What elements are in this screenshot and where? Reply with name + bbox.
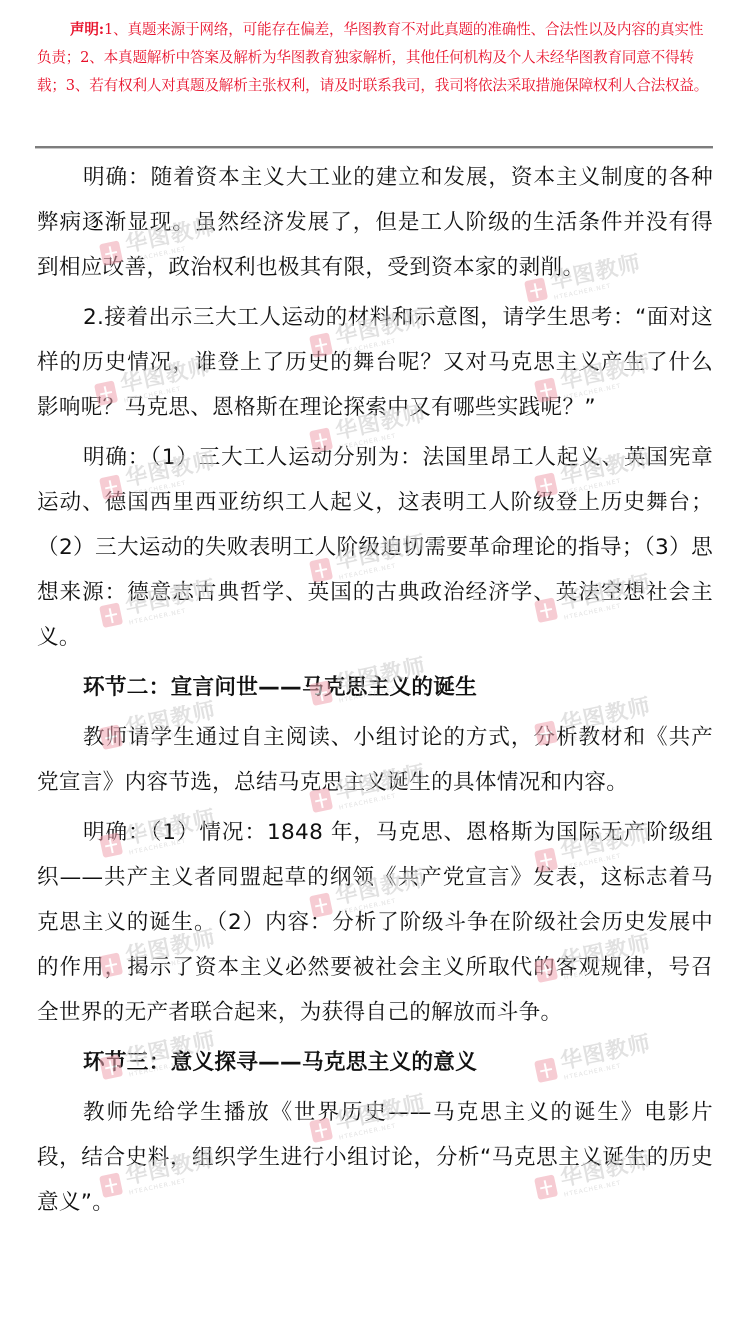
disclaimer-lead: 声明: [70,21,104,38]
header-divider [35,146,713,149]
paragraph-clarification-2: 明确：（1）三大工人运动分别为：法国里昂工人起义、英国宪章运动、德国西里西亚纺织… [37,435,713,660]
section-heading-2: 环节二：宣言问世——马克思主义的诞生 [37,665,713,710]
paragraph-teacher-activity-1: 教师请学生通过自主阅读、小组讨论的方式，分析教材和《共产党宣言》内容节选，总结马… [37,715,713,805]
document-body: 明确：随着资本主义大工业的建立和发展，资本主义制度的各种弊病逐渐显现。虽然经济发… [37,155,713,1230]
paragraph-clarification-1: 明确：随着资本主义大工业的建立和发展，资本主义制度的各种弊病逐渐显现。虽然经济发… [37,155,713,290]
paragraph-teacher-activity-2: 教师先给学生播放《世界历史——马克思主义的诞生》电影片段，结合史料，组织学生进行… [37,1090,713,1225]
disclaimer: 声明:1、真题来源于网络，可能存在偏差，华图教育不对此真题的准确性、合法性以及内… [37,16,713,100]
section-heading-3: 环节三：意义探寻——马克思主义的意义 [37,1040,713,1085]
disclaimer-text: 1、真题来源于网络，可能存在偏差，华图教育不对此真题的准确性、合法性以及内容的真… [37,21,708,94]
paragraph-clarification-3: 明确：（1）情况：1848 年，马克思、恩格斯为国际无产阶级组织——共产主义者同… [37,810,713,1035]
paragraph-step-2: 2.接着出示三大工人运动的材料和示意图，请学生思考：“面对这样的历史情况，谁登上… [37,295,713,430]
